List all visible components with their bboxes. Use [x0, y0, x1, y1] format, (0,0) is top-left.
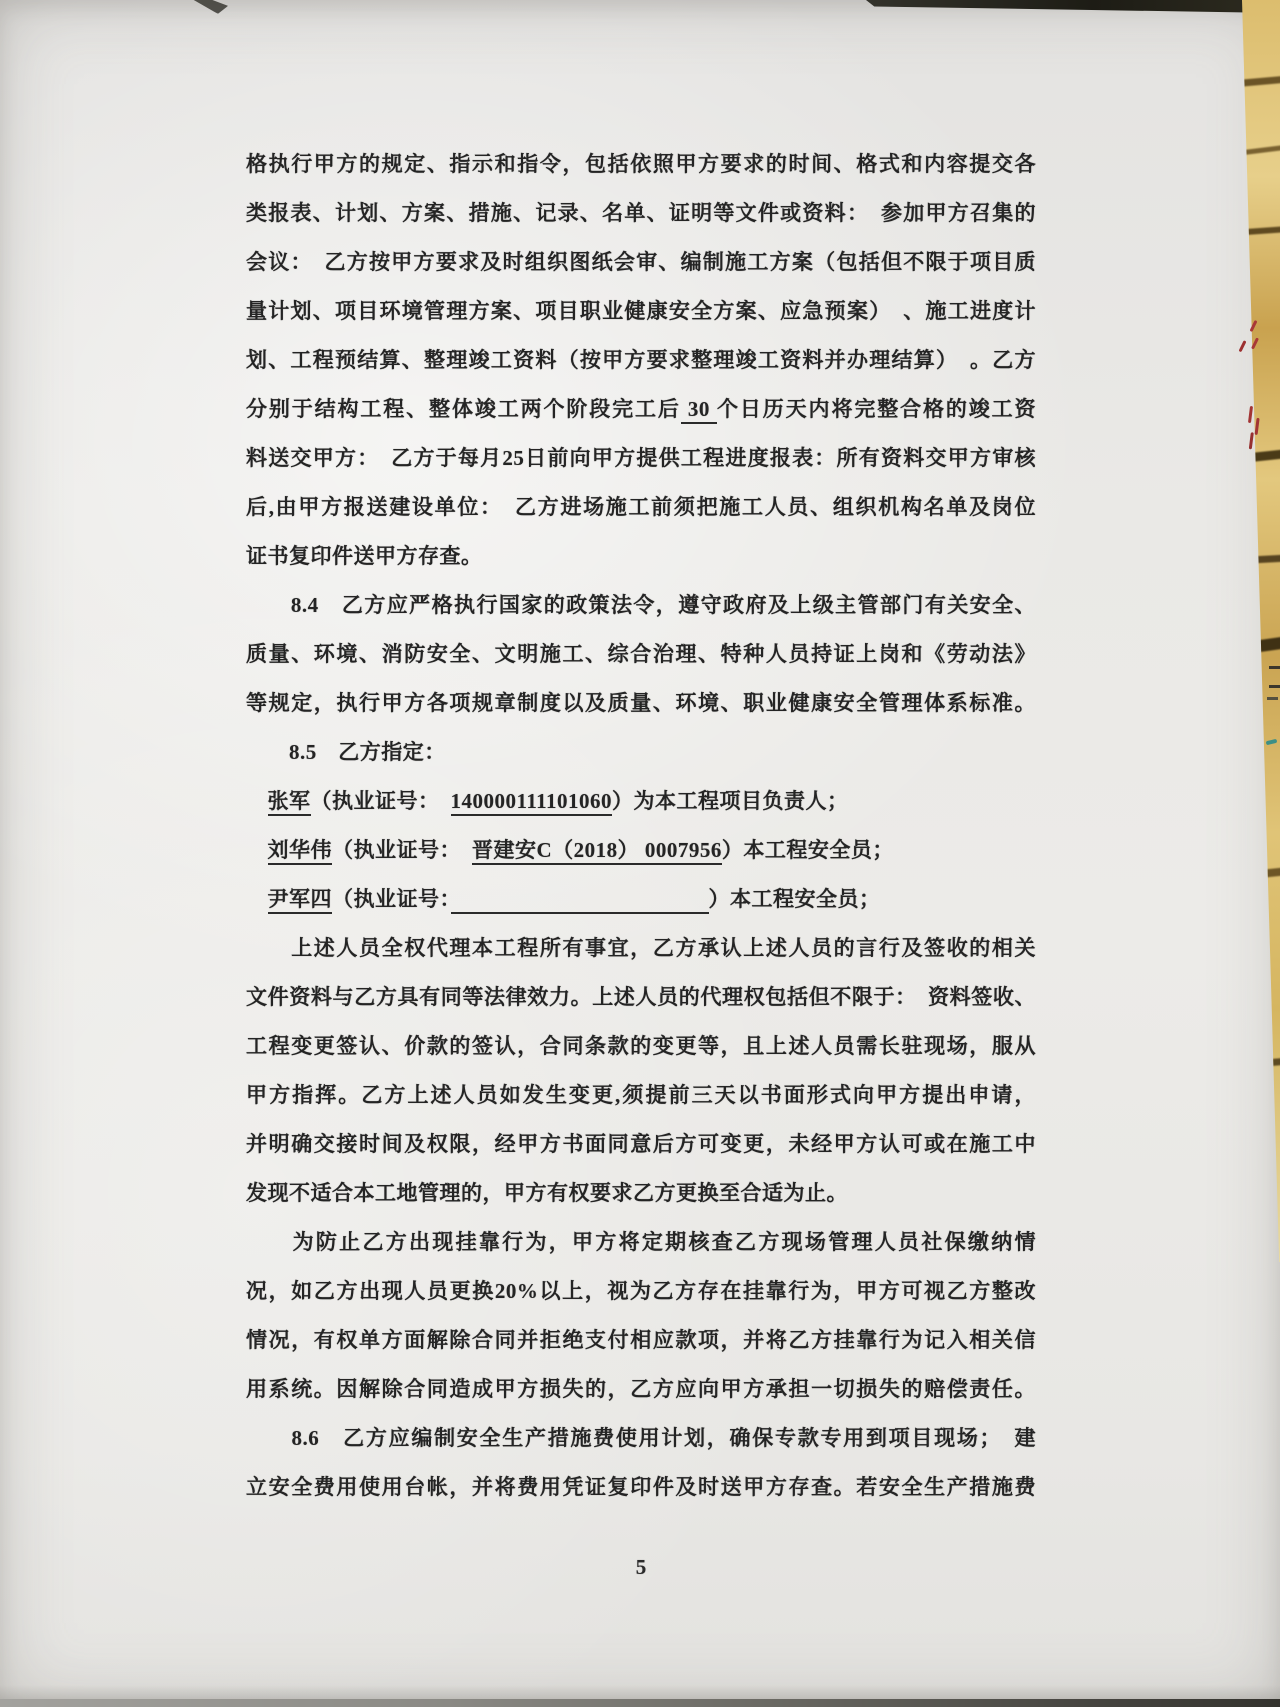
text-line: 为防止乙方出现挂靠行为，甲方将定期核查乙方现场管理人员社保缴纳情 [246, 1218, 1036, 1267]
text-segment: 料送交甲方： 乙方于每月25日前向甲方提供工程进度报表：所有资料交甲方审核 [246, 446, 1036, 470]
dark-ink-mark [1269, 666, 1280, 669]
text-segment: 情况，有权单方面解除合同并拒绝支付相应款项，并将乙方挂靠行为记入相关信 [246, 1328, 1036, 1352]
page-number: 5 [246, 1552, 1036, 1582]
underlined-text: 张军 [268, 789, 311, 816]
text-segment: 甲方指挥。乙方上述人员如发生变更,须提前三天以书面形式向甲方提出申请， [246, 1083, 1036, 1107]
text-line: 立安全费用使用台帐，并将费用凭证复印件及时送甲方存查。若安全生产措施费 [246, 1463, 1036, 1512]
text-segment: 会议： 乙方按甲方要求及时组织图纸会审、编制施工方案（包括但不限于项目质 [246, 250, 1036, 274]
underlined-text: 尹军四 [268, 887, 333, 914]
text-line: 刘华伟（执业证号： 晋建安C（2018） 0007956）本工程安全员； [246, 826, 1036, 875]
text-line: 后,由甲方报送建设单位： 乙方进场施工前须把施工人员、组织机构名单及岗位 [246, 483, 1036, 532]
text-segment: 文件资料与乙方具有同等法律效力。上述人员的代理权包括但不限于： 资料签收、 [246, 985, 1036, 1009]
text-line: 证书复印件送甲方存查。 [246, 532, 1036, 581]
text-line: 用系统。因解除合同造成甲方损失的，乙方应向甲方承担一切损失的赔偿责任。 [246, 1365, 1036, 1414]
underlined-text: 30 [681, 397, 717, 424]
text-segment: 发现不适合本工地管理的，甲方有权要求乙方更换至合适为止。 [246, 1181, 848, 1205]
text-line: 并明确交接时间及权限，经甲方书面同意后方可变更，未经甲方认可或在施工中 [246, 1120, 1036, 1169]
text-segment: 类报表、计划、方案、措施、记录、名单、证明等文件或资料： 参加甲方召集的 [246, 201, 1036, 225]
text-segment [246, 789, 268, 813]
text-line: 甲方指挥。乙方上述人员如发生变更,须提前三天以书面形式向甲方提出申请， [246, 1071, 1036, 1120]
text-segment: （执业证号： [332, 838, 472, 862]
text-line: 情况，有权单方面解除合同并拒绝支付相应款项，并将乙方挂靠行为记入相关信 [246, 1316, 1036, 1365]
document-text: 格执行甲方的规定、指示和指令，包括依照甲方要求的时间、格式和内容提交各类报表、计… [246, 140, 1036, 1512]
photo-bottom-edge-shadow [0, 1699, 1280, 1707]
text-segment: 8.4 乙方应严格执行国家的政策法令，遵守政府及上级主管部门有关安全、 [246, 593, 1036, 617]
text-segment: （执业证号： [332, 887, 451, 911]
text-segment [246, 838, 268, 862]
text-segment: 况，如乙方出现人员更换20%以上，视为乙方存在挂靠行为，甲方可视乙方整改 [246, 1279, 1036, 1303]
text-segment: ）为本工程项目负责人； [612, 789, 849, 813]
text-line: 料送交甲方： 乙方于每月25日前向甲方提供工程进度报表：所有资料交甲方审核 [246, 434, 1036, 483]
text-segment: 量计划、项目环境管理方案、项目职业健康安全方案、应急预案） 、施工进度计 [246, 299, 1036, 323]
text-line: 8.4 乙方应严格执行国家的政策法令，遵守政府及上级主管部门有关安全、 [246, 581, 1036, 630]
text-line: 等规定，执行甲方各项规章制度以及质量、环境、职业健康安全管理体系标准。 [246, 679, 1036, 728]
text-segment: ）本工程安全员； [709, 887, 881, 911]
text-segment: 等规定，执行甲方各项规章制度以及质量、环境、职业健康安全管理体系标准。 [246, 691, 1036, 715]
underlined-text [451, 887, 709, 914]
text-segment: 证书复印件送甲方存查。 [246, 544, 483, 568]
underlined-text: 140000111101060 [451, 789, 613, 816]
text-line: 会议： 乙方按甲方要求及时组织图纸会审、编制施工方案（包括但不限于项目质 [246, 238, 1036, 287]
text-segment: ）本工程安全员； [722, 838, 894, 862]
underlined-text: 刘华伟 [268, 838, 333, 865]
underlined-text: 晋建安C（2018） 0007956 [472, 838, 722, 865]
text-line: 划、工程预结算、整理竣工资料（按甲方要求整理竣工资料并办理结算） 。乙方 [246, 336, 1036, 385]
text-segment: 8.6 乙方应编制安全生产措施费使用计划，确保专款专用到项目现场； 建 [246, 1426, 1036, 1450]
text-line: 工程变更签认、价款的签认，合同条款的变更等，且上述人员需长驻现场，服从 [246, 1022, 1036, 1071]
text-segment: 后,由甲方报送建设单位： 乙方进场施工前须把施工人员、组织机构名单及岗位 [246, 495, 1036, 519]
text-segment [246, 887, 268, 911]
text-segment: 8.5 乙方指定： [246, 740, 446, 764]
text-line: 质量、环境、消防安全、文明施工、综合治理、特种人员持证上岗和《劳动法》 [246, 630, 1036, 679]
text-line: 分别于结构工程、整体竣工两个阶段完工后 30 个日历天内将完整合格的竣工资 [246, 385, 1036, 434]
text-segment: 质量、环境、消防安全、文明施工、综合治理、特种人员持证上岗和《劳动法》 [246, 642, 1036, 666]
text-segment: 工程变更签认、价款的签认，合同条款的变更等，且上述人员需长驻现场，服从 [246, 1034, 1036, 1058]
text-segment: （执业证号： [311, 789, 451, 813]
text-line: 类报表、计划、方案、措施、记录、名单、证明等文件或资料： 参加甲方召集的 [246, 189, 1036, 238]
wood-grain-streak [1240, 76, 1280, 87]
text-line: 8.5 乙方指定： [246, 728, 1036, 777]
text-segment: 分别于结构工程、整体竣工两个阶段完工后 [246, 397, 681, 421]
text-line: 尹军四（执业证号： ）本工程安全员； [246, 875, 1036, 924]
text-segment: 用系统。因解除合同造成甲方损失的，乙方应向甲方承担一切损失的赔偿责任。 [246, 1377, 1036, 1401]
text-line: 上述人员全权代理本工程所有事宜，乙方承认上述人员的言行及签收的相关 [246, 924, 1036, 973]
text-segment: 格执行甲方的规定、指示和指令，包括依照甲方要求的时间、格式和内容提交各 [246, 152, 1036, 176]
text-line: 量计划、项目环境管理方案、项目职业健康安全方案、应急预案） 、施工进度计 [246, 287, 1036, 336]
text-line: 发现不适合本工地管理的，甲方有权要求乙方更换至合适为止。 [246, 1169, 1036, 1218]
text-segment: 并明确交接时间及权限，经甲方书面同意后方可变更，未经甲方认可或在施工中 [246, 1132, 1036, 1156]
text-line: 格执行甲方的规定、指示和指令，包括依照甲方要求的时间、格式和内容提交各 [246, 140, 1036, 189]
text-segment: 划、工程预结算、整理竣工资料（按甲方要求整理竣工资料并办理结算） 。乙方 [246, 348, 1036, 372]
text-line: 况，如乙方出现人员更换20%以上，视为乙方存在挂靠行为，甲方可视乙方整改 [246, 1267, 1036, 1316]
text-segment: 个日历天内将完整合格的竣工资 [717, 397, 1036, 421]
text-line: 文件资料与乙方具有同等法律效力。上述人员的代理权包括但不限于： 资料签收、 [246, 973, 1036, 1022]
text-segment: 立安全费用使用台帐，并将费用凭证复印件及时送甲方存查。若安全生产措施费 [246, 1475, 1036, 1499]
text-segment: 上述人员全权代理本工程所有事宜，乙方承认上述人员的言行及签收的相关 [246, 936, 1036, 960]
text-line: 8.6 乙方应编制安全生产措施费使用计划，确保专款专用到项目现场； 建 [246, 1414, 1036, 1463]
text-segment: 为防止乙方出现挂靠行为，甲方将定期核查乙方现场管理人员社保缴纳情 [246, 1230, 1036, 1254]
text-line: 张军（执业证号： 140000111101060）为本工程项目负责人； [246, 777, 1036, 826]
